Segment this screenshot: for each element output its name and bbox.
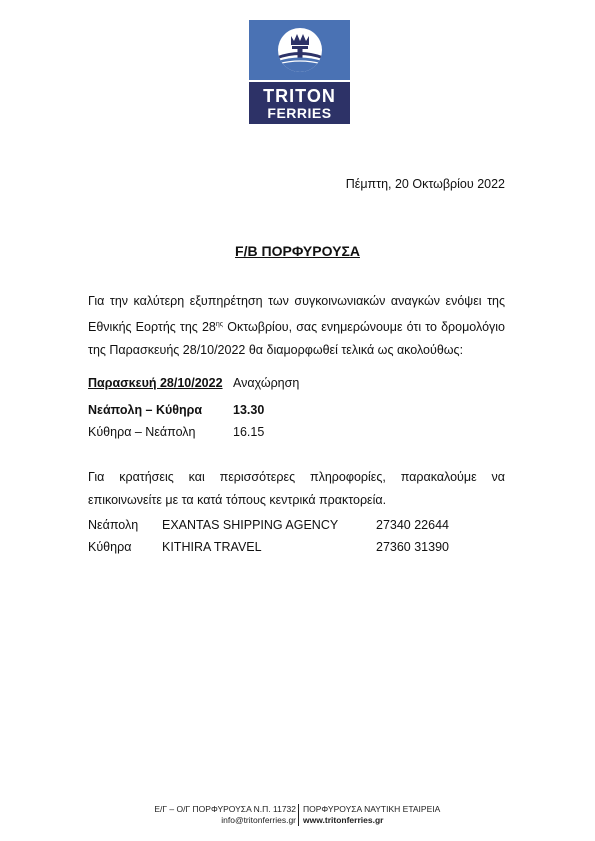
departure-time: 13.30	[233, 403, 264, 417]
logo-line2: FERRIES	[249, 106, 350, 120]
document-date: Πέμπτη, 20 Οκτωβρίου 2022	[346, 177, 505, 191]
footer-right: ΠΟΡΦΥΡΟΥΣΑ ΝΑΥΤΙΚΗ ΕΤΑΙΡΕΙΑ www.tritonfe…	[303, 804, 440, 826]
intro-paragraph: Για την καλύτερη εξυπηρέτηση των συγκοιν…	[88, 290, 505, 362]
route-name: Κύθηρα – Νεάπολη	[88, 425, 196, 439]
schedule-row: Νεάπολη – Κύθηρα 13.30	[88, 403, 202, 417]
footer-divider	[298, 804, 299, 826]
contact-paragraph: Για κρατήσεις και περισσότερες πληροφορί…	[88, 466, 505, 512]
footer-vessel-registry: Ε/Γ – Ο/Γ ΠΟΡΦΥΡΟΥΣΑ Ν.Π. 11732	[154, 804, 296, 815]
departure-column-header: Αναχώρηση	[233, 376, 299, 390]
footer-company-name: ΠΟΡΦΥΡΟΥΣΑ ΝΑΥΤΙΚΗ ΕΤΑΙΡΕΙΑ	[303, 804, 440, 815]
logo-emblem	[249, 20, 350, 80]
schedule-day-label: Παρασκευή 28/10/2022	[88, 376, 223, 390]
logo-line1: TRITON	[249, 87, 350, 105]
triton-ferries-logo: TRITON FERRIES	[249, 20, 350, 124]
route-name: Νεάπολη – Κύθηρα	[88, 403, 202, 417]
document-title: F/B ΠΟΡΦΥΡΟΥΣΑ	[0, 243, 595, 259]
agency-phone: 27360 31390	[376, 540, 449, 554]
departure-time: 16.15	[233, 425, 264, 439]
schedule-row: Κύθηρα – Νεάπολη 16.15	[88, 425, 196, 439]
footer-left: Ε/Γ – Ο/Γ ΠΟΡΦΥΡΟΥΣΑ Ν.Π. 11732 info@tri…	[154, 804, 296, 826]
footer-website-link[interactable]: www.tritonferries.gr	[303, 815, 440, 826]
agency-phone: 27340 22644	[376, 518, 449, 532]
schedule-header: Παρασκευή 28/10/2022 Αναχώρηση	[88, 376, 223, 390]
logo-wordmark: TRITON FERRIES	[249, 82, 350, 124]
agency-name: KITHIRA TRAVEL	[162, 540, 262, 554]
agency-city: Κύθηρα	[88, 540, 131, 554]
trident-crown-wave-icon	[278, 28, 322, 72]
agency-city: Νεάπολη	[88, 518, 138, 532]
footer-email-link[interactable]: info@tritonferries.gr	[154, 815, 296, 826]
agency-name: EXANTAS SHIPPING AGENCY	[162, 518, 338, 532]
